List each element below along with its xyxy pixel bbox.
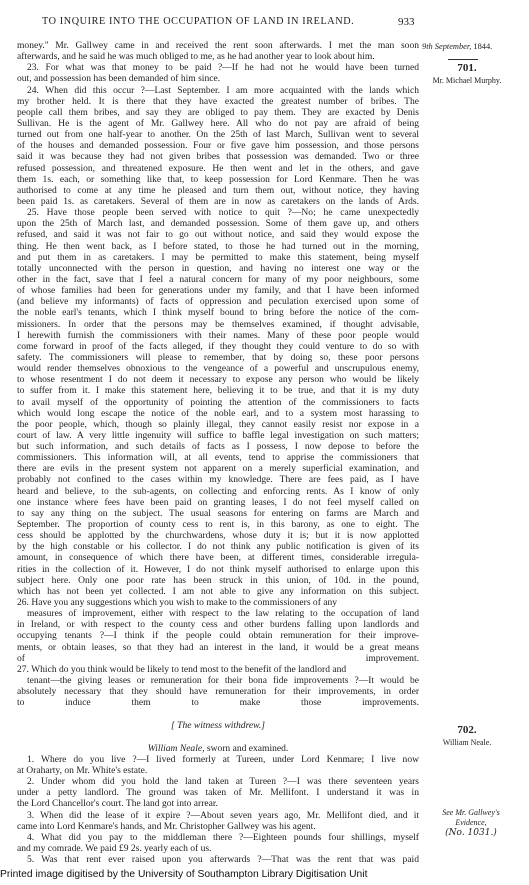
question-23: 23. For what was that money to be paid ?… bbox=[17, 62, 419, 73]
see-note-line: See Mr. Gallwey's bbox=[432, 808, 510, 818]
text-line: refused possession, and threatened expos… bbox=[17, 163, 419, 174]
text-line: but such information, and such details o… bbox=[17, 441, 419, 452]
text-line: I herewith furnish the commissioners wit… bbox=[17, 330, 419, 341]
text-line: would render themselves obnoxious to the… bbox=[17, 363, 419, 374]
running-title: TO INQUIRE INTO THE OCCUPATION OF LAND I… bbox=[42, 16, 412, 27]
question-4: 4. What did you pay to the middleman the… bbox=[17, 832, 419, 843]
witness-heading-name: William Neale, bbox=[148, 743, 205, 754]
witness-name-702: William Neale. bbox=[422, 738, 512, 747]
text-line: commissioners. This information will, at… bbox=[17, 452, 419, 463]
text-line: and my comrade. We paid £9 2s. yearly ea… bbox=[17, 843, 419, 854]
text-line: subject here. Only one poor rate has bee… bbox=[17, 575, 419, 586]
text-line: the poor people, which, though so plainl… bbox=[17, 419, 419, 430]
text-line: there are evils in the present system no… bbox=[17, 463, 419, 474]
text-line: afterwards, and he said he was much obli… bbox=[17, 51, 419, 62]
text-line: thing. He then went back, as I before st… bbox=[17, 241, 419, 252]
text-line: rities in the collection of it. However,… bbox=[17, 564, 419, 575]
text-line: come forward in proof of the facts alleg… bbox=[17, 341, 419, 352]
text-line: upon the 25th of March last, and demande… bbox=[17, 218, 419, 229]
text-line: 27. Which do you think would be likely t… bbox=[17, 664, 419, 675]
text-line: missioners. In order that the persons ma… bbox=[17, 319, 419, 330]
text-line: refused, and said it was not fair to go … bbox=[17, 229, 419, 240]
witness-number-702: 702. bbox=[422, 724, 512, 736]
text-line: and put them in as caretakers. I may be … bbox=[17, 252, 419, 263]
margin-date: 9th September, 1844. bbox=[422, 42, 492, 51]
witness-name-701: Mr. Michael Murphy. bbox=[422, 76, 512, 85]
text-line: September. The proportion of county cess… bbox=[17, 519, 419, 530]
question-27: tenant—the giving leases or remuneration… bbox=[17, 675, 419, 686]
text-line: absolutely necessary that they should ha… bbox=[17, 686, 419, 697]
text-line: to avail myself of the opportunity of po… bbox=[17, 397, 419, 408]
text-line: Sullivan. He is the agent of Mr. Gallwey… bbox=[17, 118, 419, 129]
margin-date-year: 1844. bbox=[473, 42, 492, 51]
text-line: in Ireland, or with respect to the count… bbox=[17, 619, 419, 630]
text-line: 26. Have you any suggestions which you w… bbox=[17, 597, 419, 608]
text-line: probably not confined to the cases withi… bbox=[17, 474, 419, 485]
cross-reference-note: See Mr. Gallwey's Evidence, (No. 1031.) bbox=[432, 808, 510, 838]
text-line: under a petty landlord. The ground was t… bbox=[17, 787, 419, 798]
text-line: other in the fact, save that I feel a na… bbox=[17, 274, 419, 285]
margin-divider bbox=[448, 59, 478, 60]
question-25: 25. Have those people been served with n… bbox=[17, 207, 419, 218]
text-line: totally unconnected with the person in q… bbox=[17, 263, 419, 274]
text-line: the Lord Chancellor's court. The land go… bbox=[17, 798, 419, 809]
text-line: came into Lord Kenmare's hands, and Mr. … bbox=[17, 821, 419, 832]
text-line: amount, in consequence of which there ha… bbox=[17, 552, 419, 563]
question-1: 1. Where do you live ?—I lived formerly … bbox=[17, 754, 419, 765]
document-page: TO INQUIRE INTO THE OCCUPATION OF LAND I… bbox=[0, 0, 529, 885]
text-line: ments, or obtain leases, so that they ha… bbox=[17, 642, 419, 653]
text-line: authorised to come at any time he please… bbox=[17, 185, 419, 196]
text-line: money." Mr. Gallwey came in and received… bbox=[17, 40, 419, 51]
text-line: out, and possession has been demanded of… bbox=[17, 73, 419, 84]
question-26: measures of improvement, either with res… bbox=[17, 608, 419, 619]
digitisation-credit: Printed image digitised by the Universit… bbox=[0, 869, 367, 880]
text-line: occupying tenants ?—I think if the peopl… bbox=[17, 630, 419, 641]
text-line: my brother held. It is there that they h… bbox=[17, 96, 419, 107]
text-line bbox=[17, 708, 419, 719]
text-line: of improvement. bbox=[17, 653, 419, 664]
question-24: 24. When did this occur ?—Last September… bbox=[17, 85, 419, 96]
text-line: by the high constable or his collector. … bbox=[17, 541, 419, 552]
text-line: to suffer from it. I make this statement… bbox=[17, 385, 419, 396]
body-text: money." Mr. Gallwey came in and received… bbox=[17, 40, 419, 865]
text-line: which would long escape the notice of th… bbox=[17, 408, 419, 419]
witness-heading-rest: sworn and examined. bbox=[204, 743, 288, 754]
text-line: which has not been yet collected. I am n… bbox=[17, 586, 419, 597]
text-line: safety. The commissioners will please to… bbox=[17, 352, 419, 363]
see-note-line: Evidence, bbox=[432, 818, 510, 828]
text-line: turned out from one half-year to another… bbox=[17, 129, 419, 140]
text-line: to induce them to make those improvement… bbox=[17, 697, 419, 708]
text-line: to whose resentment I do not deem it nec… bbox=[17, 374, 419, 385]
witness-number-701: 701. bbox=[422, 62, 512, 74]
text-line: court of law. A very little ingenuity wi… bbox=[17, 430, 419, 441]
question-2: 2. Under whom did you hold the land take… bbox=[17, 776, 419, 787]
text-line: at Oraharty, on Mr. White's estate. bbox=[17, 765, 419, 776]
witness-heading: William Neale, sworn and examined. bbox=[17, 743, 419, 754]
text-line: (and believe my informants) of facts of … bbox=[17, 296, 419, 307]
text-line: said it was because they had not given b… bbox=[17, 151, 419, 162]
text-line: cess should be applotted by the churchwa… bbox=[17, 530, 419, 541]
section-gap bbox=[17, 731, 419, 743]
question-3: 3. When did the lease of it expire ?—Abo… bbox=[17, 810, 419, 821]
text-line: people call them bribes, and say they ar… bbox=[17, 107, 419, 118]
text-line: the noble earl's tenants, which I think … bbox=[17, 307, 419, 318]
page-number: 933 bbox=[398, 16, 415, 28]
text-line: them 1s. each, or something like that, t… bbox=[17, 174, 419, 185]
text-line: heard and believe, to the sub-agents, on… bbox=[17, 486, 419, 497]
text-line: one instance where fees have been paid o… bbox=[17, 497, 419, 508]
witness-withdrew-note: [ The witness withdrew.] bbox=[17, 720, 419, 731]
text-line: of whose families had been for generatio… bbox=[17, 285, 419, 296]
handwritten-reference: (No. 1031.) bbox=[432, 828, 510, 838]
text-line: been paid 1s. as caretakers. Several of … bbox=[17, 196, 419, 207]
text-line: to say any thing on the subject. The usu… bbox=[17, 508, 419, 519]
text-line: of the houses and demanded possession. F… bbox=[17, 140, 419, 151]
margin-date-day: 9th September, bbox=[422, 42, 471, 51]
question-5: 5. Was that rent ever raised upon you af… bbox=[17, 854, 419, 865]
